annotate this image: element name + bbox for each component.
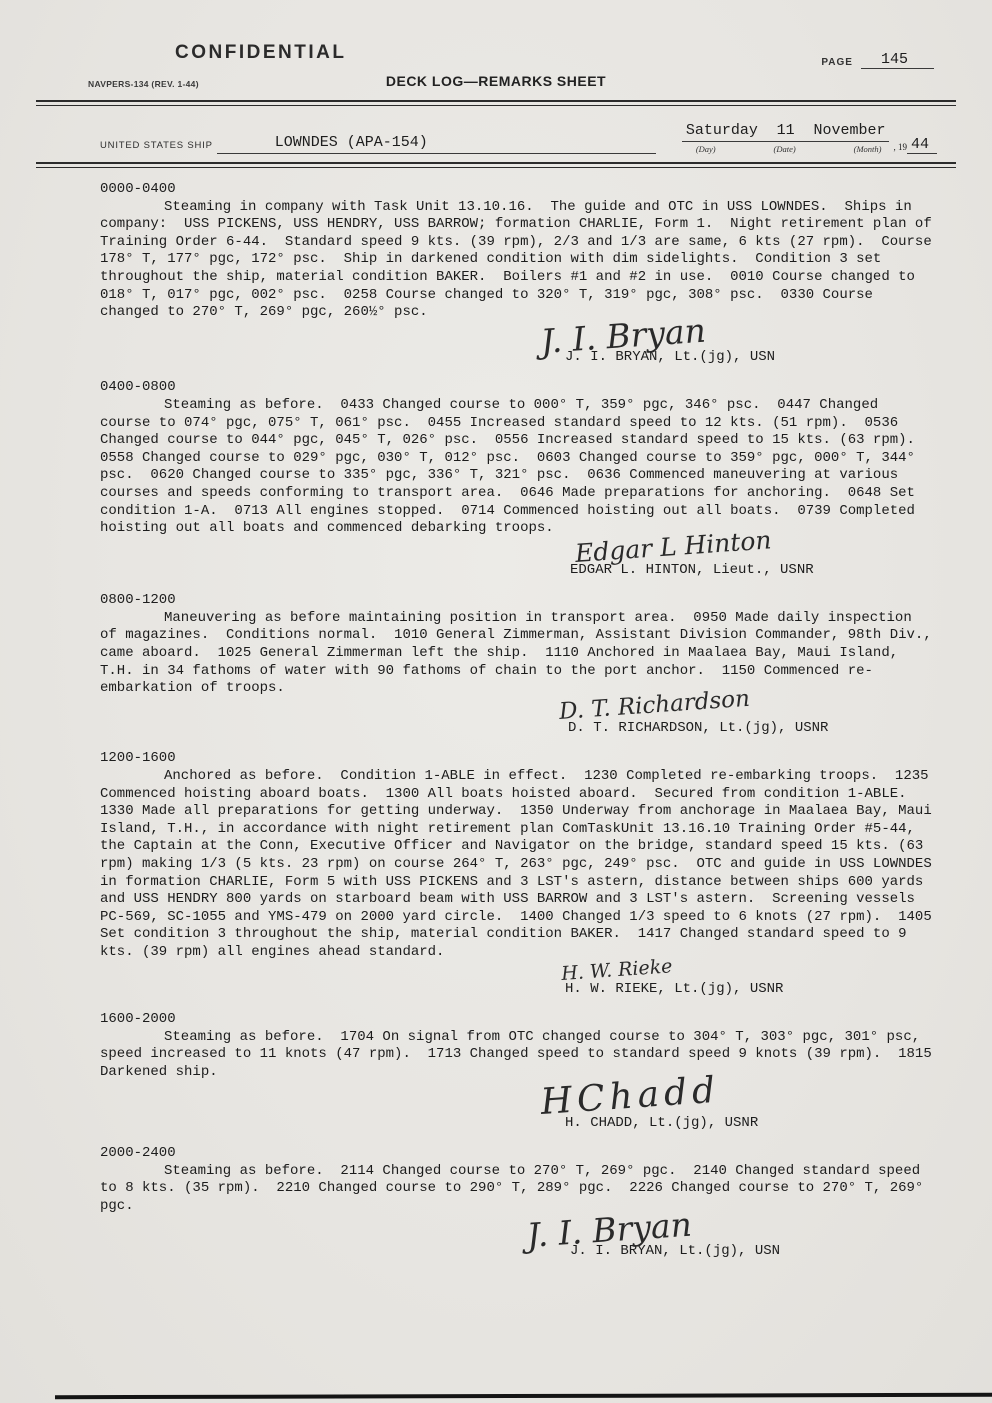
signature-block: D. T. Richardson D. T. RICHARDSON, Lt.(j… xyxy=(100,701,934,738)
date-labels: (Day) (Date) (Month) xyxy=(682,142,890,154)
entry-text: Steaming as before. 2114 Changed course … xyxy=(100,1163,932,1216)
log-entries: 0000-0400 Steaming in company with Task … xyxy=(0,181,992,1260)
log-entry-0400-0800: 0400-0800 Steaming as before. 0433 Chang… xyxy=(100,379,934,579)
signature-block: J. I. Bryan J. I. BRYAN, Lt.(jg), USN xyxy=(100,325,934,367)
log-entry-1200-1600: 1200-1600 Anchored as before. Condition … xyxy=(100,750,934,998)
scan-edge-line xyxy=(55,1393,992,1399)
time-range-heading: 1200-1600 xyxy=(100,750,934,768)
date-day-value: Saturday xyxy=(686,122,758,139)
date-date-value: 11 xyxy=(777,122,795,139)
month-label: (Month) xyxy=(854,144,882,154)
signature-block: H. W. Rieke H. W. RIEKE, Lt.(jg), USNR xyxy=(100,965,934,999)
ship-and-date-row: UNITED STATES SHIP LOWNDES (APA-154) Sat… xyxy=(0,106,992,154)
day-label: (Day) xyxy=(696,144,716,154)
log-entry-0000-0400: 0000-0400 Steaming in company with Task … xyxy=(100,181,934,366)
entry-text: Anchored as before. Condition 1-ABLE in … xyxy=(100,768,932,962)
date-month-value: November xyxy=(813,122,885,139)
handwritten-signature: J. I. Bryan xyxy=(526,1207,693,1251)
date-field: Saturday 11 November (Day) (Date) (Month… xyxy=(682,122,890,154)
handwritten-signature: H. W. Rieke xyxy=(561,957,673,984)
handwritten-signature: HChadd xyxy=(539,1072,721,1120)
classification-stamp: CONFIDENTIAL xyxy=(175,42,346,64)
time-range-heading: 2000-2400 xyxy=(100,1145,934,1163)
signature-block: HChadd H. CHADD, Lt.(jg), USNR xyxy=(100,1085,934,1133)
date-label: (Date) xyxy=(774,144,796,154)
time-range-heading: 1600-2000 xyxy=(100,1011,934,1029)
signature-block: J. I. Bryan J. I. BRYAN, Lt.(jg), USN xyxy=(100,1219,934,1261)
log-entry-0800-1200: 0800-1200 Maneuvering as before maintain… xyxy=(100,592,934,737)
signature-block: Edgar L Hinton EDGAR L. HINTON, Lieut., … xyxy=(100,541,934,580)
entry-text: Steaming in company with Task Unit 13.10… xyxy=(100,199,932,322)
header-title-row: NAVPERS-134 (REV. 1-44) DECK LOG—REMARKS… xyxy=(0,73,992,91)
time-range-heading: 0000-0400 xyxy=(100,181,934,199)
year-value: 44 xyxy=(907,137,937,154)
entry-text: Steaming as before. 1704 On signal from … xyxy=(100,1029,932,1082)
entry-text: Steaming as before. 0433 Changed course … xyxy=(100,397,932,538)
page-number-field: PAGE 145 xyxy=(821,52,934,69)
ship-label: UNITED STATES SHIP xyxy=(100,140,213,154)
handwritten-signature: J. I. Bryan xyxy=(540,313,707,357)
header-top-row: CONFIDENTIAL PAGE 145 xyxy=(0,0,992,69)
date-values: Saturday 11 November xyxy=(682,122,890,142)
year-prefix: , 19 xyxy=(893,142,907,154)
log-entry-2000-2400: 2000-2400 Steaming as before. 2114 Chang… xyxy=(100,1145,934,1260)
ship-name-value: LOWNDES (APA-154) xyxy=(217,134,656,154)
page-label: PAGE xyxy=(821,57,853,69)
deck-log-page: CONFIDENTIAL PAGE 145 NAVPERS-134 (REV. … xyxy=(0,0,992,1403)
time-range-heading: 0400-0800 xyxy=(100,379,934,397)
typed-signature: H. W. RIEKE, Lt.(jg), USNR xyxy=(565,981,934,999)
entry-text: Maneuvering as before maintaining positi… xyxy=(100,610,932,698)
double-rule-bottom xyxy=(36,162,956,168)
log-entry-1600-2000: 1600-2000 Steaming as before. 1704 On si… xyxy=(100,1011,934,1132)
year-field: , 19 44 xyxy=(893,137,937,154)
time-range-heading: 0800-1200 xyxy=(100,592,934,610)
typed-signature: D. T. RICHARDSON, Lt.(jg), USNR xyxy=(568,720,934,738)
page-number-value: 145 xyxy=(861,52,934,69)
form-title: DECK LOG—REMARKS SHEET xyxy=(0,73,992,89)
